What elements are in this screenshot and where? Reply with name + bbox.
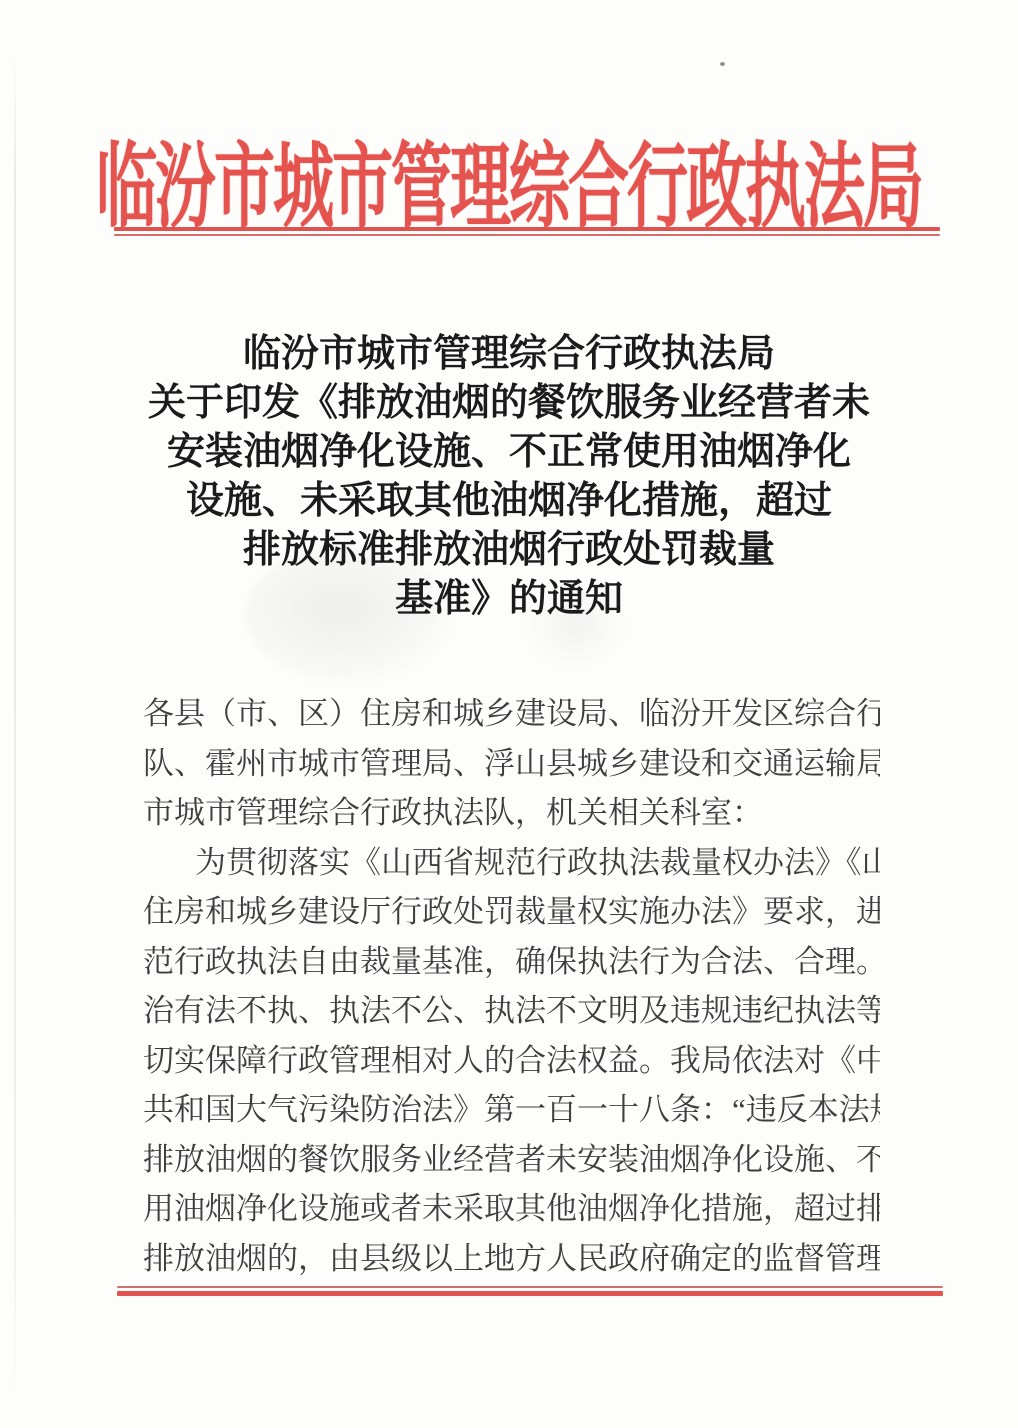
body-line: 范行政执法自由裁量基准，确保执法行为合法、合理。有效整	[143, 937, 880, 987]
body-line: 共和国大气污染防治法》第一百一十八条：“违反本法规定，	[143, 1085, 880, 1135]
body-line: 治有法不执、执法不公、执法不文明及违规违纪执法等问题，	[143, 986, 880, 1036]
addressee-line: 队、霍州市城市管理局、浮山县城乡建设和交通运输局、临汾	[143, 739, 880, 789]
footer-rule-thin	[117, 1286, 943, 1288]
body-line: 为贯彻落实《山西省规范行政执法裁量权办法》《山西省	[143, 838, 880, 888]
body-line: 排放油烟的，由县级以上地方人民政府确定的监督管理部门责	[143, 1234, 880, 1284]
body-line: 住房和城乡建设厅行政处罚裁量权实施办法》要求，进一步规	[143, 887, 880, 937]
scan-edge-shadow	[14, 55, 16, 1400]
document-body: 各县（市、区）住房和城乡建设局、临汾开发区综合行政执法 队、霍州市城市管理局、浮…	[143, 689, 880, 1283]
document-title-line: 基准》的通知	[0, 575, 1018, 624]
document-title-line: 安装油烟净化设施、不正常使用油烟净化	[0, 428, 1018, 477]
header-rule-thick	[114, 227, 940, 231]
letterhead: 临汾市城市管理综合行政执法局	[0, 116, 1018, 242]
page: 临汾市城市管理综合行政执法局 临汾市城市管理综合行政执法局 关于印发《排放油烟的…	[0, 0, 1018, 1428]
document-title-line: 排放标准排放油烟行政处罚裁量	[0, 526, 1018, 575]
letterhead-org-name: 临汾市城市管理综合行政执法局	[96, 113, 922, 245]
footer-rule-thick	[117, 1291, 943, 1296]
document-title: 临汾市城市管理综合行政执法局 关于印发《排放油烟的餐饮服务业经营者未 安装油烟净…	[0, 330, 1018, 624]
scanned-document-page: { "letterhead": { "org_name": "临汾市城市管理综合…	[0, 0, 1018, 1428]
document-title-line: 设施、未采取其他油烟净化措施，超过	[0, 477, 1018, 526]
document-title-line: 临汾市城市管理综合行政执法局	[0, 330, 1018, 379]
addressee-line: 市城市管理综合行政执法队，机关相关科室：	[143, 788, 880, 838]
body-line: 用油烟净化设施或者未采取其他油烟净化措施，超过排放标准	[143, 1184, 880, 1234]
body-line: 切实保障行政管理相对人的合法权益。我局依法对《中华人民	[143, 1036, 880, 1086]
scan-artifact-dot	[720, 62, 725, 66]
header-rule-thin	[114, 234, 940, 236]
body-line: 排放油烟的餐饮服务业经营者未安装油烟净化设施、不正常使	[143, 1135, 880, 1185]
addressee-line: 各县（市、区）住房和城乡建设局、临汾开发区综合行政执法	[143, 689, 880, 739]
document-title-line: 关于印发《排放油烟的餐饮服务业经营者未	[0, 379, 1018, 428]
